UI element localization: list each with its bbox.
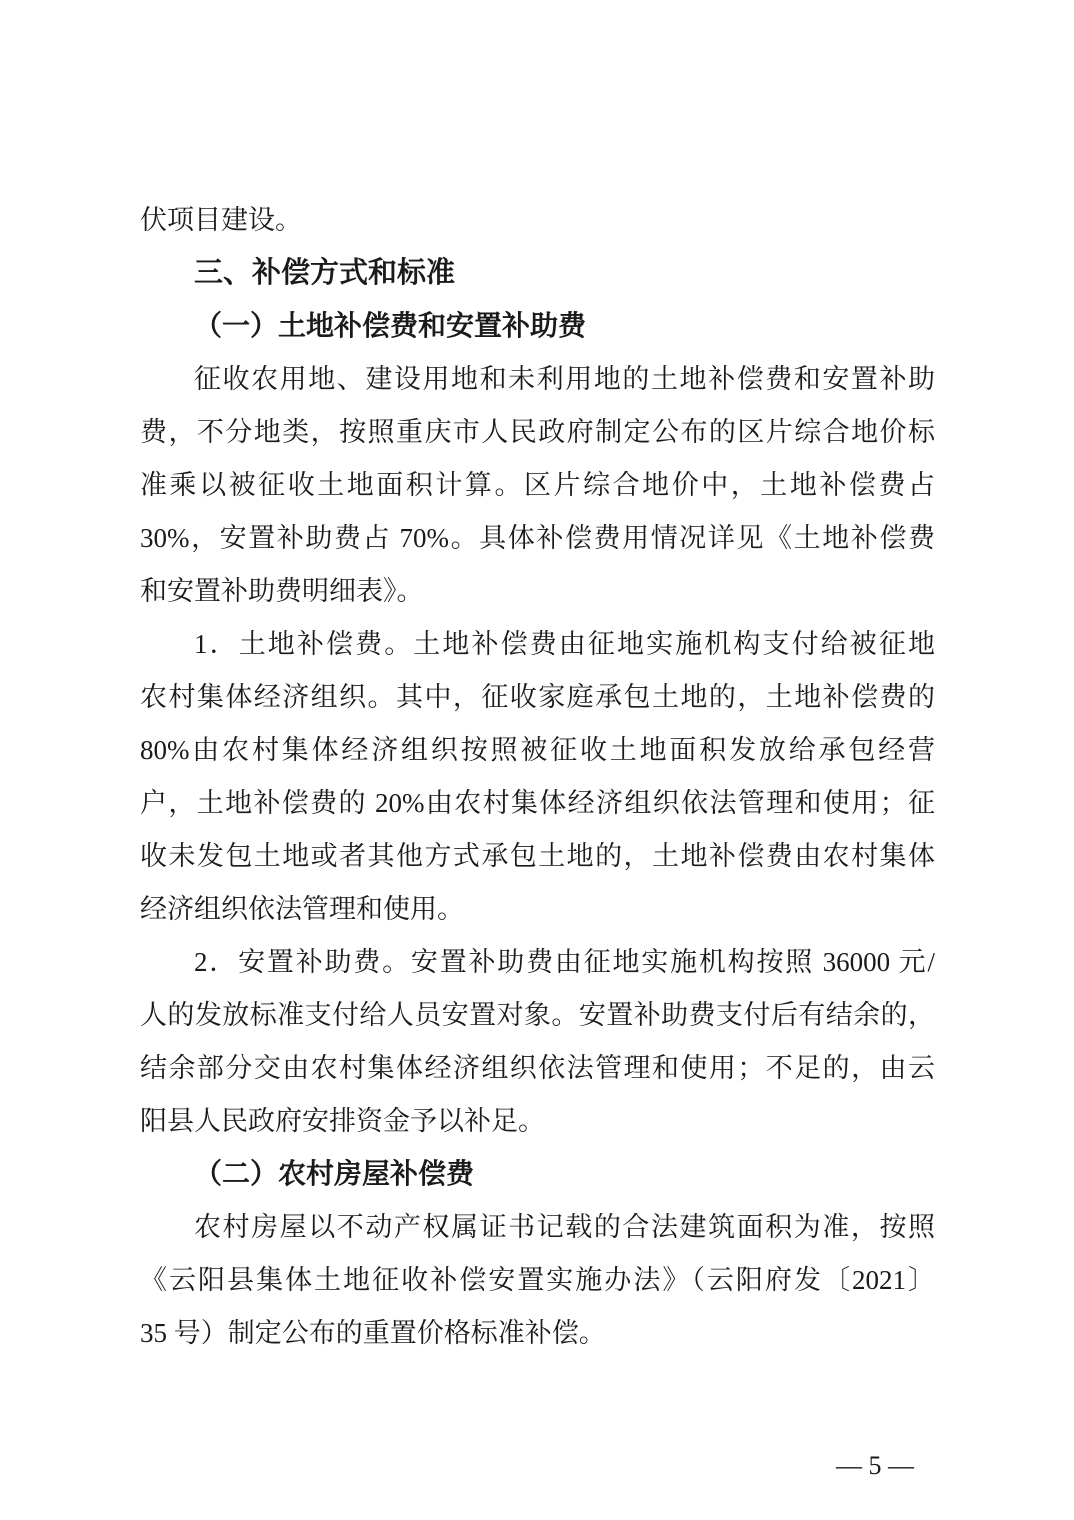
item2-line: 2．安置补助费。安置补助费由征地实施机构按照 36000 元/ — [140, 936, 935, 989]
item2-line: 人的发放标准支付给人员安置对象。安置补助费支付后有结余的， — [140, 989, 935, 1042]
section-heading: 三、补偿方式和标准 — [140, 247, 935, 300]
para2-line: 《云阳县集体土地征收补偿安置实施办法》（云阳府发〔2021〕 — [140, 1254, 935, 1307]
item2-line: 结余部分交由农村集体经济组织依法管理和使用；不足的，由云 — [140, 1042, 935, 1095]
para1-line: 30%，安置补助费占 70%。具体补偿费用情况详见《土地补偿费 — [140, 512, 935, 565]
item1-line: 农村集体经济组织。其中，征收家庭承包土地的，土地补偿费的 — [140, 671, 935, 724]
item1-line: 80%由农村集体经济组织按照被征收土地面积发放给承包经营 — [140, 724, 935, 777]
para1-line: 准乘以被征收土地面积计算。区片综合地价中，土地补偿费占 — [140, 459, 935, 512]
page-number: — 5 — — [790, 1446, 960, 1486]
item2-line: 阳县人民政府安排资金予以补足。 — [140, 1095, 935, 1148]
document-body: 伏项目建设。 三、补偿方式和标准 （一）土地补偿费和安置补助费 征收农用地、建设… — [140, 194, 935, 1360]
subsection-heading-2: （二）农村房屋补偿费 — [140, 1148, 935, 1201]
para2-line: 农村房屋以不动产权属证书记载的合法建筑面积为准，按照 — [140, 1201, 935, 1254]
item1-line: 收未发包土地或者其他方式承包土地的，土地补偿费由农村集体 — [140, 830, 935, 883]
subsection-heading-1: （一）土地补偿费和安置补助费 — [140, 300, 935, 353]
item1-line: 户，土地补偿费的 20%由农村集体经济组织依法管理和使用；征 — [140, 777, 935, 830]
para1-line: 和安置补助费明细表》。 — [140, 565, 935, 618]
item1-line: 经济组织依法管理和使用。 — [140, 883, 935, 936]
para1-line: 费，不分地类，按照重庆市人民政府制定公布的区片综合地价标 — [140, 406, 935, 459]
para1-line: 征收农用地、建设用地和未利用地的土地补偿费和安置补助 — [140, 353, 935, 406]
continuation-line: 伏项目建设。 — [140, 194, 935, 247]
document-page: 伏项目建设。 三、补偿方式和标准 （一）土地补偿费和安置补助费 征收农用地、建设… — [0, 0, 1074, 1520]
item1-line: 1．土地补偿费。土地补偿费由征地实施机构支付给被征地 — [140, 618, 935, 671]
para2-line: 35 号）制定公布的重置价格标准补偿。 — [140, 1307, 935, 1360]
